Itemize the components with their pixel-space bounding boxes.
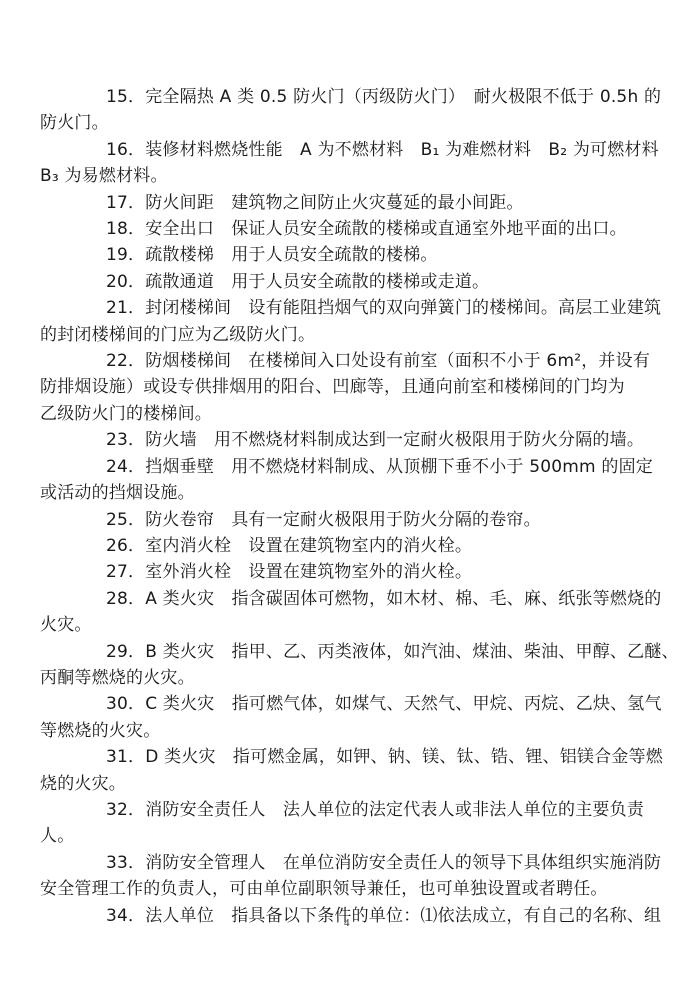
definition-paragraph: 25．防火卷帘 具有一定耐火极限用于防火分隔的卷帘。 bbox=[73, 507, 629, 533]
paragraph-line: 19．疏散楼梯 用于人员安全疏散的楼梯。 bbox=[73, 242, 629, 268]
paragraph-line: 29．B 类火灾 指甲、乙、丙类液体，如汽油、煤油、柴油、甲醇、乙醚、 bbox=[73, 639, 629, 665]
definition-paragraph: 22．防烟楼梯间 在楼梯间入口处设有前室（面积不小于 6m²，并设有防排烟设施）… bbox=[73, 348, 629, 427]
definition-paragraph: 24．挡烟垂壁 用不燃烧材料制成、从顶棚下垂不小于 500mm 的固定或活动的挡… bbox=[73, 454, 629, 507]
definition-paragraph: 33．消防安全管理人 在单位消防安全责任人的领导下具体组织实施消防安全管理工作的… bbox=[73, 850, 629, 903]
definition-paragraph: 20．疏散通道 用于人员安全疏散的楼梯或走道。 bbox=[73, 269, 629, 295]
definition-paragraph: 15．完全隔热 A 类 0.5 防火门（丙级防火门） 耐火极限不低于 0.5h … bbox=[73, 84, 629, 137]
paragraph-line: 34．法人单位 指具备以下条件的单位：⑴依法成立，有自己的名称、组 bbox=[73, 903, 629, 929]
paragraph-line: 防排烟设施）或设专供排烟用的阳台、凹廊等，且通向前室和楼梯间的门均为 bbox=[40, 374, 629, 400]
paragraph-line: 28．A 类火灾 指含碳固体可燃物，如木材、棉、毛、麻、纸张等燃烧的 bbox=[73, 586, 629, 612]
paragraph-line: 23．防火墙 用不燃烧材料制成达到一定耐火极限用于防火分隔的墙。 bbox=[73, 427, 629, 453]
paragraph-line: 18．安全出口 保证人员安全疏散的楼梯或直通室外地平面的出口。 bbox=[73, 216, 629, 242]
paragraph-line: 25．防火卷帘 具有一定耐火极限用于防火分隔的卷帘。 bbox=[73, 507, 629, 533]
paragraph-line: 26．室内消火栓 设置在建筑物室内的消火栓。 bbox=[73, 533, 629, 559]
paragraph-line: 安全管理工作的负责人，可由单位副职领导兼任，也可单独设置或者聘任。 bbox=[40, 876, 629, 902]
definition-paragraph: 34．法人单位 指具备以下条件的单位：⑴依法成立，有自己的名称、组 bbox=[73, 903, 629, 929]
paragraph-line: 烧的火灾。 bbox=[40, 771, 629, 797]
paragraph-line: 31．D 类火灾 指可燃金属，如钾、钠、镁、钛、锆、锂、铝镁合金等燃 bbox=[73, 744, 629, 770]
definition-paragraph: 30．C 类火灾 指可燃气体，如煤气、天然气、甲烷、丙烷、乙炔、氢气等燃烧的火灾… bbox=[73, 691, 629, 744]
paragraph-line: 16．装修材料燃烧性能 A 为不燃材料 B₁ 为难燃材料 B₂ 为可燃材料 bbox=[73, 137, 629, 163]
definition-paragraph: 29．B 类火灾 指甲、乙、丙类液体，如汽油、煤油、柴油、甲醇、乙醚、丙酮等燃烧… bbox=[73, 639, 629, 692]
definition-paragraph: 18．安全出口 保证人员安全疏散的楼梯或直通室外地平面的出口。 bbox=[73, 216, 629, 242]
paragraph-line: 等燃烧的火灾。 bbox=[40, 718, 629, 744]
paragraph-line: 或活动的挡烟设施。 bbox=[40, 480, 629, 506]
definition-paragraph: 17．防火间距 建筑物之间防止火灾蔓延的最小间距。 bbox=[73, 190, 629, 216]
paragraph-line: 27．室外消火栓 设置在建筑物室外的消火栓。 bbox=[73, 559, 629, 585]
definition-paragraph: 19．疏散楼梯 用于人员安全疏散的楼梯。 bbox=[73, 242, 629, 268]
definition-paragraph: 28．A 类火灾 指含碳固体可燃物，如木材、棉、毛、麻、纸张等燃烧的火灾。 bbox=[73, 586, 629, 639]
paragraph-line: 21．封闭楼梯间 设有能阻挡烟气的双向弹簧门的楼梯间。高层工业建筑 bbox=[73, 295, 629, 321]
definition-paragraph: 21．封闭楼梯间 设有能阻挡烟气的双向弹簧门的楼梯间。高层工业建筑的封闭楼梯间的… bbox=[73, 295, 629, 348]
definition-paragraph: 16．装修材料燃烧性能 A 为不燃材料 B₁ 为难燃材料 B₂ 为可燃材料B₃ … bbox=[73, 137, 629, 190]
definition-paragraph: 31．D 类火灾 指可燃金属，如钾、钠、镁、钛、锆、锂、铝镁合金等燃烧的火灾。 bbox=[73, 744, 629, 797]
paragraph-line: 火灾。 bbox=[40, 612, 629, 638]
paragraph-line: 防火门。 bbox=[40, 110, 629, 136]
paragraph-line: 丙酮等燃烧的火灾。 bbox=[40, 665, 629, 691]
paragraph-line: 的封闭楼梯间的门应为乙级防火门。 bbox=[40, 322, 629, 348]
paragraph-line: 24．挡烟垂壁 用不燃烧材料制成、从顶棚下垂不小于 500mm 的固定 bbox=[73, 454, 629, 480]
definition-paragraph: 32．消防安全责任人 法人单位的法定代表人或非法人单位的主要负责人。 bbox=[73, 797, 629, 850]
page-number: 4 bbox=[344, 917, 350, 929]
document-page: 15．完全隔热 A 类 0.5 防火门（丙级防火门） 耐火极限不低于 0.5h … bbox=[73, 84, 629, 929]
definition-paragraph: 27．室外消火栓 设置在建筑物室外的消火栓。 bbox=[73, 559, 629, 585]
definition-paragraph: 26．室内消火栓 设置在建筑物室内的消火栓。 bbox=[73, 533, 629, 559]
definition-paragraph: 23．防火墙 用不燃烧材料制成达到一定耐火极限用于防火分隔的墙。 bbox=[73, 427, 629, 453]
paragraph-line: 人。 bbox=[40, 823, 629, 849]
paragraph-line: 32．消防安全责任人 法人单位的法定代表人或非法人单位的主要负责 bbox=[73, 797, 629, 823]
paragraph-line: 30．C 类火灾 指可燃气体，如煤气、天然气、甲烷、丙烷、乙炔、氢气 bbox=[73, 691, 629, 717]
paragraph-line: 22．防烟楼梯间 在楼梯间入口处设有前室（面积不小于 6m²，并设有 bbox=[73, 348, 629, 374]
paragraph-line: 15．完全隔热 A 类 0.5 防火门（丙级防火门） 耐火极限不低于 0.5h … bbox=[73, 84, 629, 110]
paragraph-line: 33．消防安全管理人 在单位消防安全责任人的领导下具体组织实施消防 bbox=[73, 850, 629, 876]
paragraph-line: 20．疏散通道 用于人员安全疏散的楼梯或走道。 bbox=[73, 269, 629, 295]
paragraph-line: B₃ 为易燃材料。 bbox=[40, 163, 629, 189]
paragraph-line: 乙级防火门的楼梯间。 bbox=[40, 401, 629, 427]
paragraph-line: 17．防火间距 建筑物之间防止火灾蔓延的最小间距。 bbox=[73, 190, 629, 216]
